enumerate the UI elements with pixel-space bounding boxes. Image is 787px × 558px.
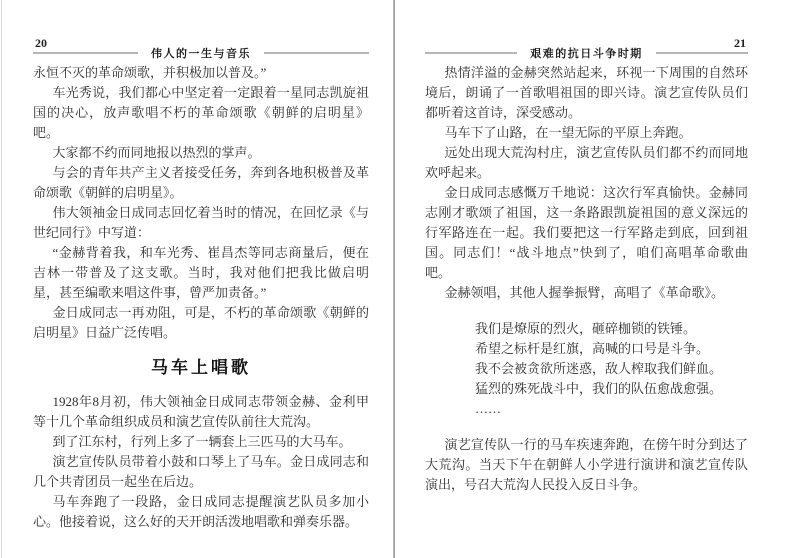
running-header-left: 20 伟人的一生与音乐: [33, 43, 369, 63]
verse-line: 我不会被贪欲所迷惑，敌人榨取我们鲜血。: [475, 359, 748, 379]
paragraph: 到了江东村，行列上多了一辆套上三匹马的大马车。: [33, 432, 369, 452]
paragraph: “金赫背着我，和车光秀、崔昌杰等同志商量后，便在吉林一带普及了这支歌。当时，我对…: [33, 243, 369, 303]
paragraph: 远处出现大荒沟村庄，演艺宣传队员们都不约而同地欢呼起来。: [425, 143, 748, 183]
paragraph: 1928年8月初，伟大领袖金日成同志带领金赫、金利甲等十几个革命组织成员和演艺宣…: [33, 392, 369, 432]
paragraph: 金日成同志感慨万千地说：这次行军真愉快。金赫同志刚才歌颂了祖国，这一条路跟凯旋祖…: [425, 183, 748, 283]
verse-line: 我们是燎原的烈火，砸碎枷锁的铁锤。: [475, 319, 748, 339]
page-right-body: 热情洋溢的金赫突然站起来，环视一下周围的自然环境后，朗诵了一首歌唱祖国的即兴诗。…: [425, 63, 748, 495]
book-spread: 20 伟人的一生与音乐 永恒不灭的革命颂歌，并积极加以普及。” 车光秀说，我们都…: [0, 0, 787, 558]
page-number-left: 20: [35, 37, 47, 49]
paragraph: 演艺宣传队一行的马车疾速奔跑，在傍午时分到达了大荒沟。当天下午在朝鲜人小学进行演…: [425, 435, 748, 495]
song-verse: 我们是燎原的烈火，砸碎枷锁的铁锤。 希望之标杆是红旗，高喊的口号是斗争。 我不会…: [475, 319, 748, 419]
verse-ellipsis: ……: [475, 399, 748, 419]
paragraph: 金赫领唱，其他人握拳振臂，高唱了《革命歌》。: [425, 283, 748, 303]
header-rule: [425, 52, 517, 54]
section-heading: 马车上唱歌: [33, 358, 369, 378]
paragraph: 与会的青年共产主义者接受任务，奔到各地积极普及革命颂歌《朝鲜的启明星》。: [33, 163, 369, 203]
paragraph: 车光秀说，我们都心中坚定着一定跟着一星同志凯旋祖国的决心，放声歌唱不朽的革命颂歌…: [33, 83, 369, 143]
page-right: 艰难的抗日斗争时期 21 热情洋溢的金赫突然站起来，环视一下周围的自然环境后，朗…: [395, 0, 787, 558]
page-number-right: 21: [734, 37, 746, 49]
running-header-right: 艰难的抗日斗争时期 21: [425, 43, 748, 63]
verse-line: 猛烈的殊死战斗中，我们的队伍愈战愈强。: [475, 379, 748, 399]
running-title-left: 伟人的一生与音乐: [151, 45, 251, 61]
header-rule: [656, 52, 748, 54]
header-rule: [264, 52, 369, 54]
paragraph: 伟大领袖金日成同志回忆着当时的情况，在回忆录《与世纪同行》中写道：: [33, 203, 369, 243]
running-title-right: 艰难的抗日斗争时期: [530, 45, 643, 61]
verse-line: 希望之标杆是红旗，高喊的口号是斗争。: [475, 339, 748, 359]
paragraph: 马车奔跑了一段路，金日成同志提醒演艺队员多加小心。他接着说，这么好的天开朗活泼地…: [33, 492, 369, 532]
paragraph: 大家都不约而同地报以热烈的掌声。: [33, 143, 369, 163]
paragraph: 马车下了山路，在一望无际的平原上奔跑。: [425, 123, 748, 143]
paragraph: 金日成同志一再劝阻，可是，不朽的革命颂歌《朝鲜的启明星》日益广泛传唱。: [33, 303, 369, 343]
paragraph: 永恒不灭的革命颂歌，并积极加以普及。”: [33, 63, 369, 83]
paragraph: 演艺宣传队员带着小鼓和口琴上了马车。金日成同志和几个共青团员一起坐在后边。: [33, 452, 369, 492]
paragraph: 热情洋溢的金赫突然站起来，环视一下周围的自然环境后，朗诵了一首歌唱祖国的即兴诗。…: [425, 63, 748, 123]
page-left-body: 永恒不灭的革命颂歌，并积极加以普及。” 车光秀说，我们都心中坚定着一定跟着一星同…: [33, 63, 369, 532]
page-left: 20 伟人的一生与音乐 永恒不灭的革命颂歌，并积极加以普及。” 车光秀说，我们都…: [0, 0, 393, 558]
header-rule: [33, 52, 138, 54]
